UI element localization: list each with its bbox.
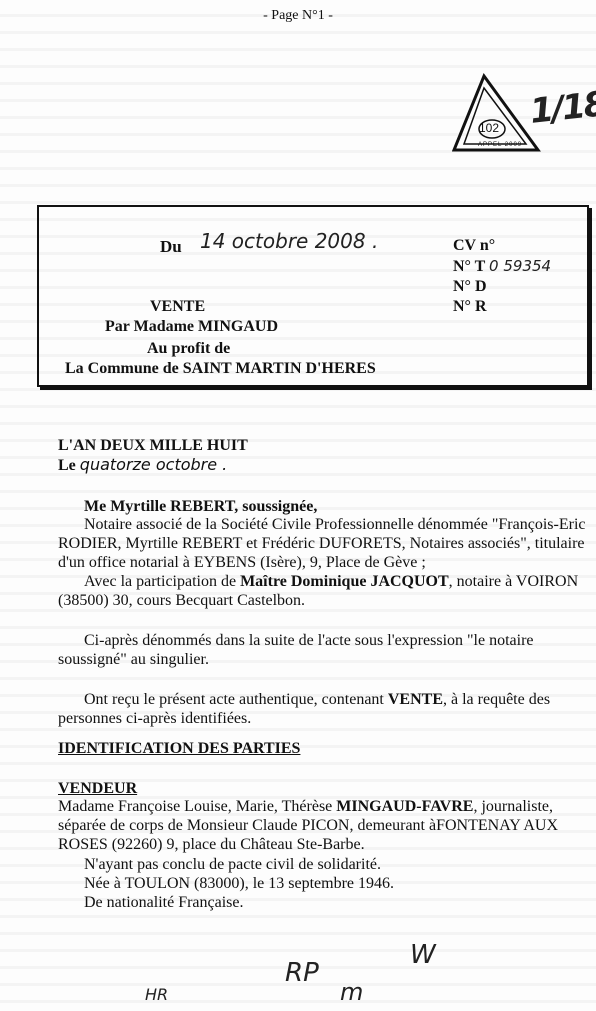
initials-rp: RP [285,958,319,988]
initials-hr: HR [145,985,168,1004]
handwritten-reference: 1/18 [528,84,596,132]
stamp-number: 102 [479,121,499,135]
code-r: N° R [453,297,551,317]
page-number: - Page N°1 - [0,8,596,24]
participation-line-2: (38500) 30, cours Becquart Castelbon. [58,591,305,611]
notary-line-1: Notaire associé de la Société Civile Pro… [84,515,585,535]
date-label: Du [160,237,182,257]
section-title: IDENTIFICATION DES PARTIES [58,739,300,759]
notary-line-2: RODIER, Myrtille REBERT et Frédéric DUFO… [58,534,585,554]
seller-line-6: De nationalité Française. [84,893,244,913]
code-d: N° D [453,277,551,297]
designation-line-1: Ci-après dénommés dans la suite de l'act… [84,631,534,651]
designation-line-2: soussigné" au singulier. [58,650,209,670]
year-line: L'AN DEUX MILLE HUIT [58,436,248,456]
initials-m: m [340,978,363,1006]
initials-w: W [410,940,436,970]
seller-line-4: N'ayant pas conclu de pacte civil de sol… [84,855,381,875]
seller-line-3: ROSES (92260) 9, place du Château Ste-Ba… [58,835,365,855]
reference-codes: CV n° N° T 0 59354 N° D N° R [453,236,551,317]
participation-line-1: Avec la participation de Maître Dominiqu… [84,572,578,592]
deed-title: VENTE [150,298,205,316]
day-line: Le quatorze octobre . [58,455,227,476]
date-handwritten: 14 octobre 2008 . [200,229,378,253]
received-line-2: personnes ci-après identifiées. [58,709,251,729]
code-t: N° T 0 59354 [453,256,551,277]
formality-stamp: 102 APPEL 2009 [452,72,542,154]
deed-beneficiary: La Commune de SAINT MARTIN D'HERES [65,360,376,378]
seller-title: VENDEUR [58,779,137,799]
code-t-value: 0 59354 [489,257,551,275]
day-handwritten: quatorze octobre . [80,455,227,474]
received-line-1: Ont reçu le présent acte authentique, co… [84,690,550,710]
deed-profit-label: Au profit de [147,340,230,358]
seller-line-1: Madame Françoise Louise, Marie, Thérèse … [58,797,553,817]
deed-seller: Par Madame MINGAUD [105,318,278,336]
notary-intro: Me Myrtille REBERT, soussignée, [84,497,317,517]
code-cv: CV n° [453,236,551,256]
seller-line-2: séparée de corps de Monsieur Claude PICO… [58,816,558,836]
seller-line-5: Née à TOULON (83000), le 13 septembre 19… [84,874,394,894]
notary-line-3: d'un office notarial à EYBENS (Isère), 9… [58,553,426,573]
stamp-bottom-text: APPEL 2009 [478,142,522,148]
